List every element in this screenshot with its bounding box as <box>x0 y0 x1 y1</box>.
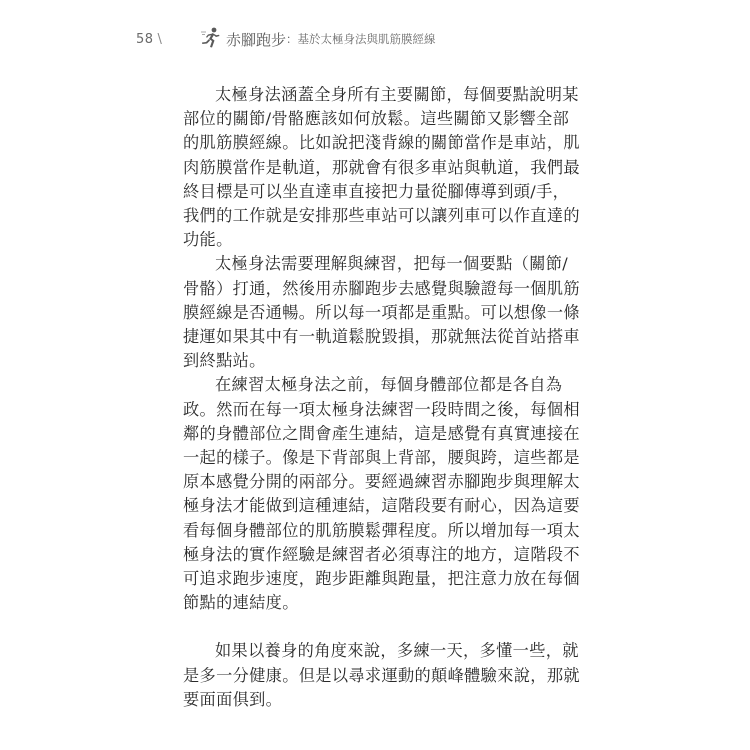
paragraph-4: 如果以養身的角度來說，多練一天，多懂一些，就 是多一分健康。但是以尋求運動的顛峰… <box>183 639 551 712</box>
text-line: 看每個身體部位的肌筋膜鬆彈程度。所以增加每一項太 <box>151 519 551 543</box>
text-line: 功能。 <box>151 228 551 252</box>
page-body: 太極身法涵蓋全身所有主要關節，每個要點說明某 部位的關節/骨骼應該如何放鬆。這些… <box>183 83 551 712</box>
text-line: 終目標是可以坐直達車直接把力量從腳傳導到頭/手， <box>151 180 551 204</box>
text-line: 鄰的身體部位之間會產生連結，這是感覺有真實連接在 <box>151 422 551 446</box>
text-line: 是多一分健康。但是以尋求運動的顛峰體驗來說，那就 <box>151 664 551 688</box>
text-line: 要面面俱到。 <box>151 688 551 712</box>
text-line: 膜經線是否通暢。所以每一項都是重點。可以想像一條 <box>151 301 551 325</box>
paragraph-3: 在練習太極身法之前，每個身體部位都是各自為 政。然而在每一項太極身法練習一段時間… <box>183 373 551 615</box>
page-number: 58 <box>136 32 154 47</box>
text-line: 捷運如果其中有一軌道鬆脫毀損，那就無法從首站搭車 <box>151 325 551 349</box>
running-header: 58 \ 赤腳跑步 ：基於太極身法與肌筋膜經線 <box>136 26 435 52</box>
text-line: 政。然而在每一項太極身法練習一段時間之後，每個相 <box>151 398 551 422</box>
text-line: 骨骼）打通，然後用赤腳跑步去感覺與驗證每一個肌筋 <box>151 277 551 301</box>
runner-icon <box>200 27 222 51</box>
text-line: 如果以養身的角度來說，多練一天，多懂一些，就 <box>183 639 551 663</box>
book-subtitle: ：基於太極身法與肌筋膜經線 <box>286 31 436 47</box>
page-number-separator: \ <box>158 32 162 47</box>
text-line: 原本感覺分開的兩部分。要經過練習赤腳跑步與理解太 <box>151 470 551 494</box>
text-line: 的肌筋膜經線。比如說把淺背線的關節當作是車站，肌 <box>151 131 551 155</box>
text-line: 太極身法需要理解與練習，把每一個要點（關節/ <box>183 252 551 276</box>
text-line: 節點的連結度。 <box>151 591 551 615</box>
book-title: 赤腳跑步 <box>226 29 286 50</box>
text-line: 到終點站。 <box>151 349 551 373</box>
paragraph-2: 太極身法需要理解與練習，把每一個要點（關節/ 骨骼）打通，然後用赤腳跑步去感覺與… <box>183 252 551 373</box>
text-line: 太極身法涵蓋全身所有主要關節，每個要點說明某 <box>183 83 551 107</box>
text-line: 極身法的實作經驗是練習者必須專注的地方，這階段不 <box>151 543 551 567</box>
text-line: 部位的關節/骨骼應該如何放鬆。這些關節又影響全部 <box>151 107 551 131</box>
text-line: 極身法才能做到這種連結，這階段要有耐心，因為這要 <box>151 494 551 518</box>
text-line: 在練習太極身法之前，每個身體部位都是各自為 <box>183 373 551 397</box>
text-line: 可追求跑步速度，跑步距離與跑量，把注意力放在每個 <box>151 567 551 591</box>
text-line: 一起的樣子。像是下背部與上背部，腰與跨，這些都是 <box>151 446 551 470</box>
text-line: 我們的工作就是安排那些車站可以讓列車可以作直達的 <box>151 204 551 228</box>
paragraph-1: 太極身法涵蓋全身所有主要關節，每個要點說明某 部位的關節/骨骼應該如何放鬆。這些… <box>183 83 551 252</box>
text-line: 肉筋膜當作是軌道，那就會有很多車站與軌道，我們最 <box>151 156 551 180</box>
